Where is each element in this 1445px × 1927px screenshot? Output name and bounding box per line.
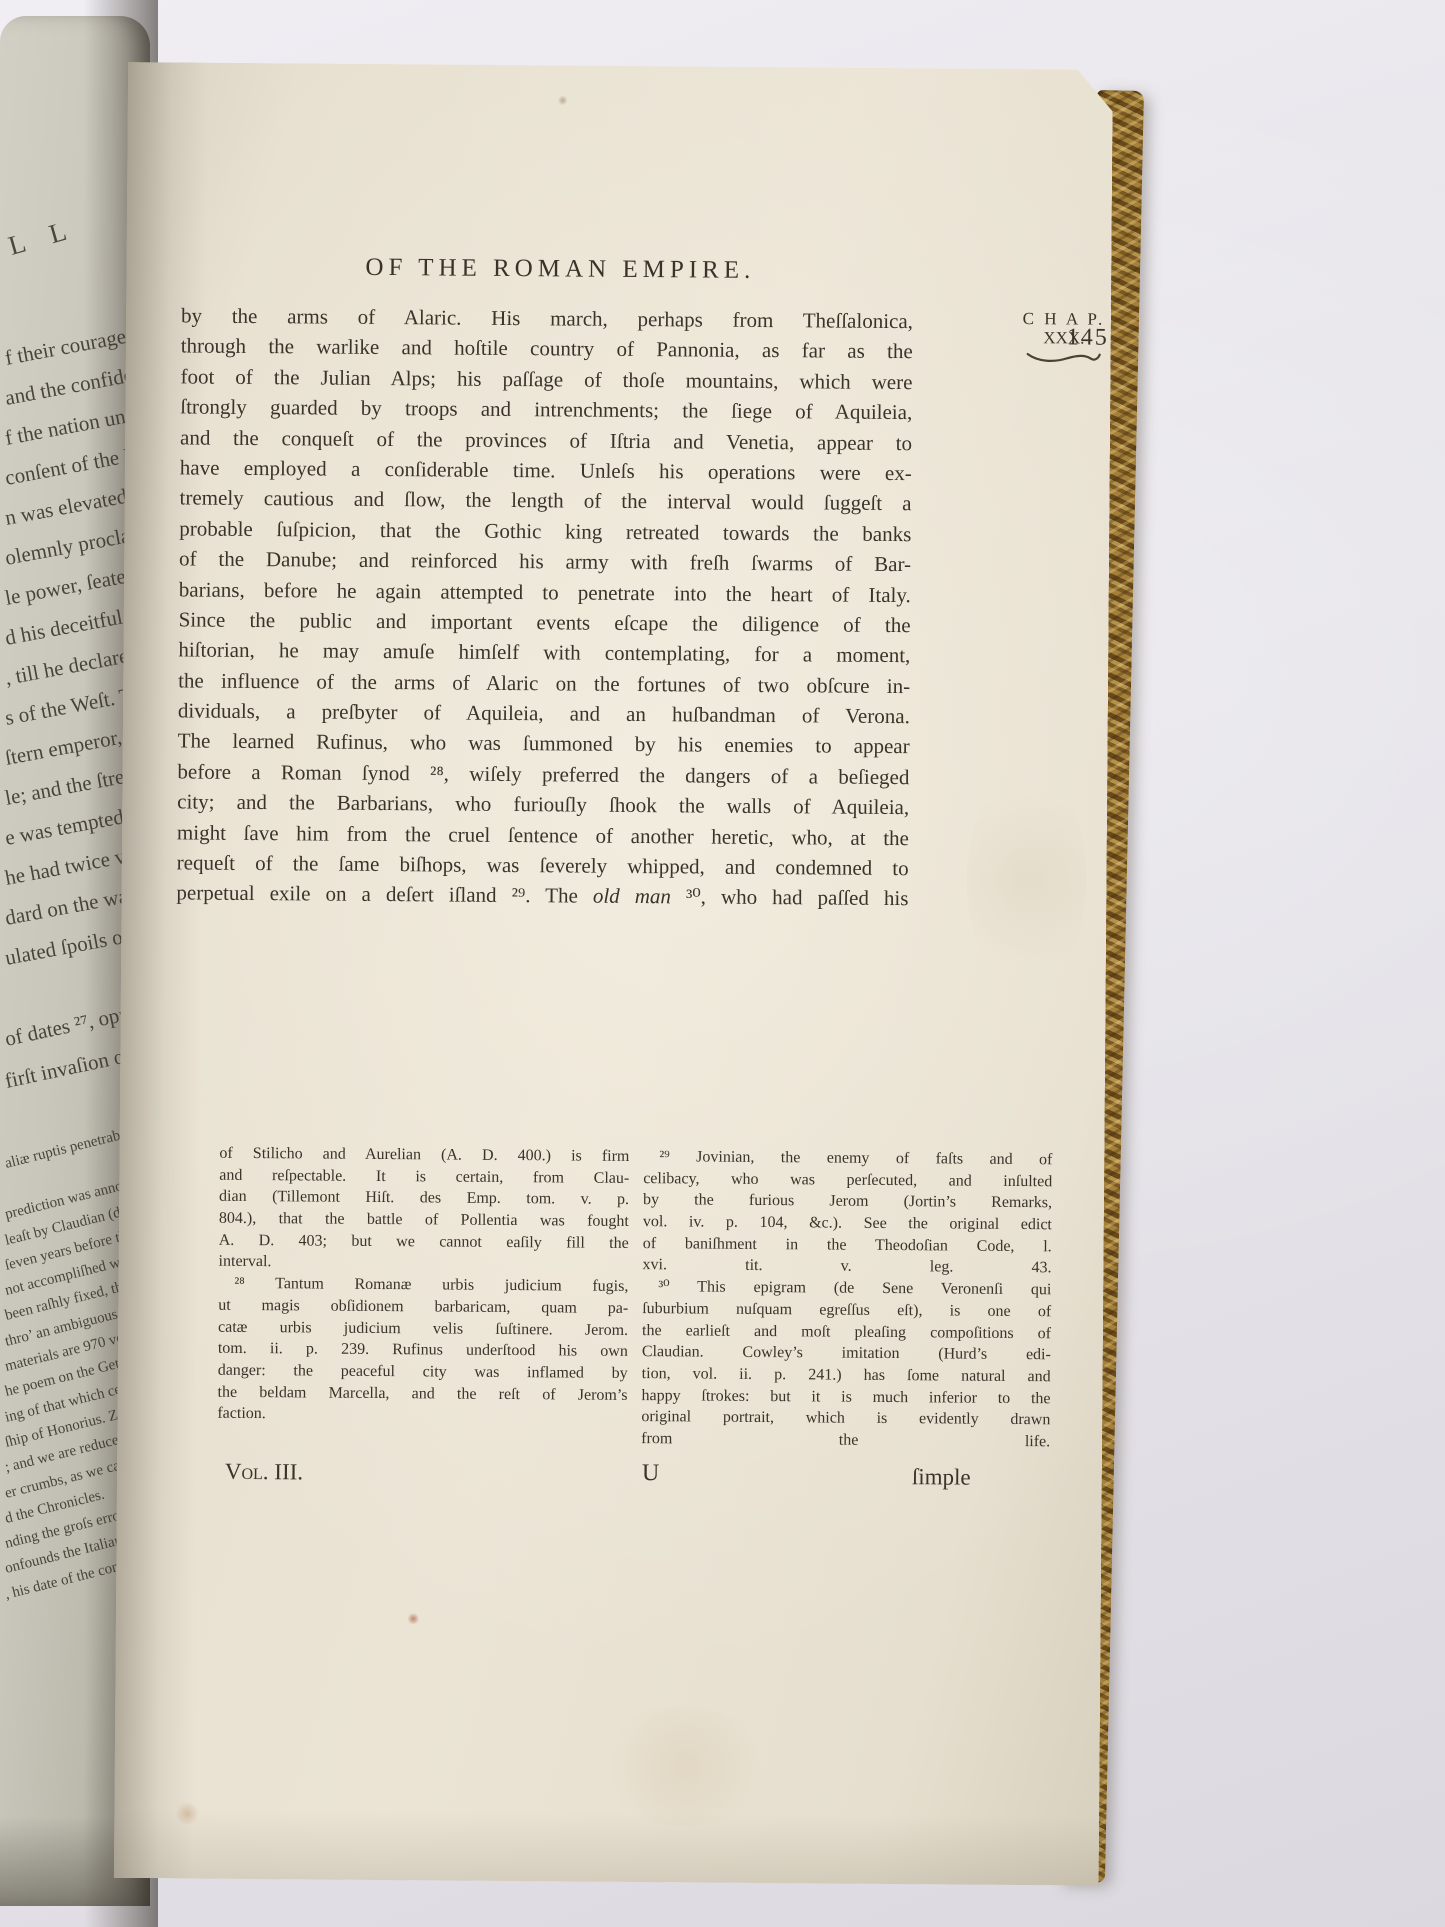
text-line: dian (Tillemont Hiſt. des Emp. tom. v. p…: [219, 1186, 629, 1211]
catchword: ſimple: [912, 1464, 971, 1490]
text-line: ²⁹ Jovinian, the enemy of faſts and of: [643, 1146, 1052, 1171]
text-line: happy ſtrokes: but it is much inferior t…: [641, 1385, 1050, 1410]
running-head: OF THE ROMAN EMPIRE.: [298, 253, 822, 285]
text-line: interval.: [218, 1251, 628, 1276]
foxing-stain: [408, 1612, 419, 1625]
chapter-margin-note: C H A P. XXX.: [998, 309, 1130, 366]
body-last-line-italic: old man: [593, 884, 671, 909]
body-last-line-pre: perpetual exile on a deſert iſland ²⁹. T…: [176, 880, 593, 907]
chapter-number: XXX.: [998, 328, 1130, 348]
foxing-stain: [558, 95, 568, 105]
text-line: from the life.: [641, 1428, 1050, 1453]
text-line: the earlieſt and moſt pleaſing compoſiti…: [642, 1320, 1051, 1345]
text-line: 804.), that the battle of Pollentia was …: [219, 1208, 629, 1233]
text-line: danger: the peaceful city was inflamed b…: [218, 1360, 628, 1385]
text-line: of Stilicho and Aurelian (A. D. 400.) is…: [219, 1143, 629, 1168]
text-line: Claudian. Cowley’s imitation (Hurd’s edi…: [642, 1341, 1051, 1366]
text-line: of baniſhment in the Theodoſian Code, l.: [643, 1233, 1052, 1258]
text-line: faction.: [217, 1403, 627, 1428]
text-line: catæ urbis judicium velis ſuſtinere. Jer…: [218, 1316, 628, 1341]
text-line: vol. iv. p. 104, &c.). See the original …: [643, 1211, 1052, 1236]
text-line: original portrait, which is evidently dr…: [641, 1406, 1050, 1431]
text-line: ut magis obſidionem barbaricam, quam pa-: [218, 1295, 628, 1320]
text-line: by the furious Jerom (Jortin’s Remarks,: [643, 1189, 1052, 1214]
text-line: ²⁸ Tantum Romanæ urbis judicium fugis,: [218, 1273, 628, 1298]
foxing-stain: [966, 769, 1088, 990]
text-line: ſuburbium nuſquam egreſſus eſt), is one …: [642, 1298, 1051, 1323]
footnote-column-right: ²⁹ Jovinian, the enemy of faſts and ofce…: [641, 1146, 1052, 1453]
foxing-stain: [594, 1706, 775, 1827]
text-line: of the Danube; and reinforced his army w…: [179, 544, 911, 580]
foxing-stain: [174, 1802, 200, 1824]
text-line: celibacy, who was perſecuted, and inſult…: [643, 1168, 1052, 1193]
left-page-header-fragment: L L: [5, 213, 80, 262]
photo-background: L L f their courageand the confidenf the…: [0, 0, 1445, 1927]
text-line: the beldam Marcella, and the reſt of Jer…: [217, 1381, 627, 1406]
book-page: OF THE ROMAN EMPIRE. 145 C H A P. XXX. b…: [114, 62, 1113, 1886]
text-line: tion, vol. ii. p. 241.) has ſome natural…: [642, 1363, 1051, 1388]
volume-label: Vol. III.: [225, 1459, 303, 1486]
footnote-column-left: of Stilicho and Aurelian (A. D. 400.) is…: [217, 1143, 629, 1428]
text-line: ³⁰ This epigram (de Sene Veronenſi qui: [642, 1276, 1051, 1301]
chapter-label: C H A P.: [998, 309, 1130, 329]
body-last-line: perpetual exile on a deſert iſland ²⁹. T…: [176, 877, 908, 913]
body-last-line-post: ³⁰, who had paſſed his: [671, 884, 909, 910]
text-line: tom. ii. p. 239. Rufinus underſtood his …: [218, 1338, 628, 1363]
body-paragraph: by the arms of Alaric. His march, perhap…: [177, 300, 914, 883]
signature-mark: U: [642, 1460, 660, 1487]
text-line: xvi. tit. v. leg. 43.: [642, 1255, 1051, 1280]
swash-flourish-icon: [1025, 349, 1103, 366]
text-line: A. D. 403; but we cannot eaſily fill the: [219, 1229, 629, 1254]
